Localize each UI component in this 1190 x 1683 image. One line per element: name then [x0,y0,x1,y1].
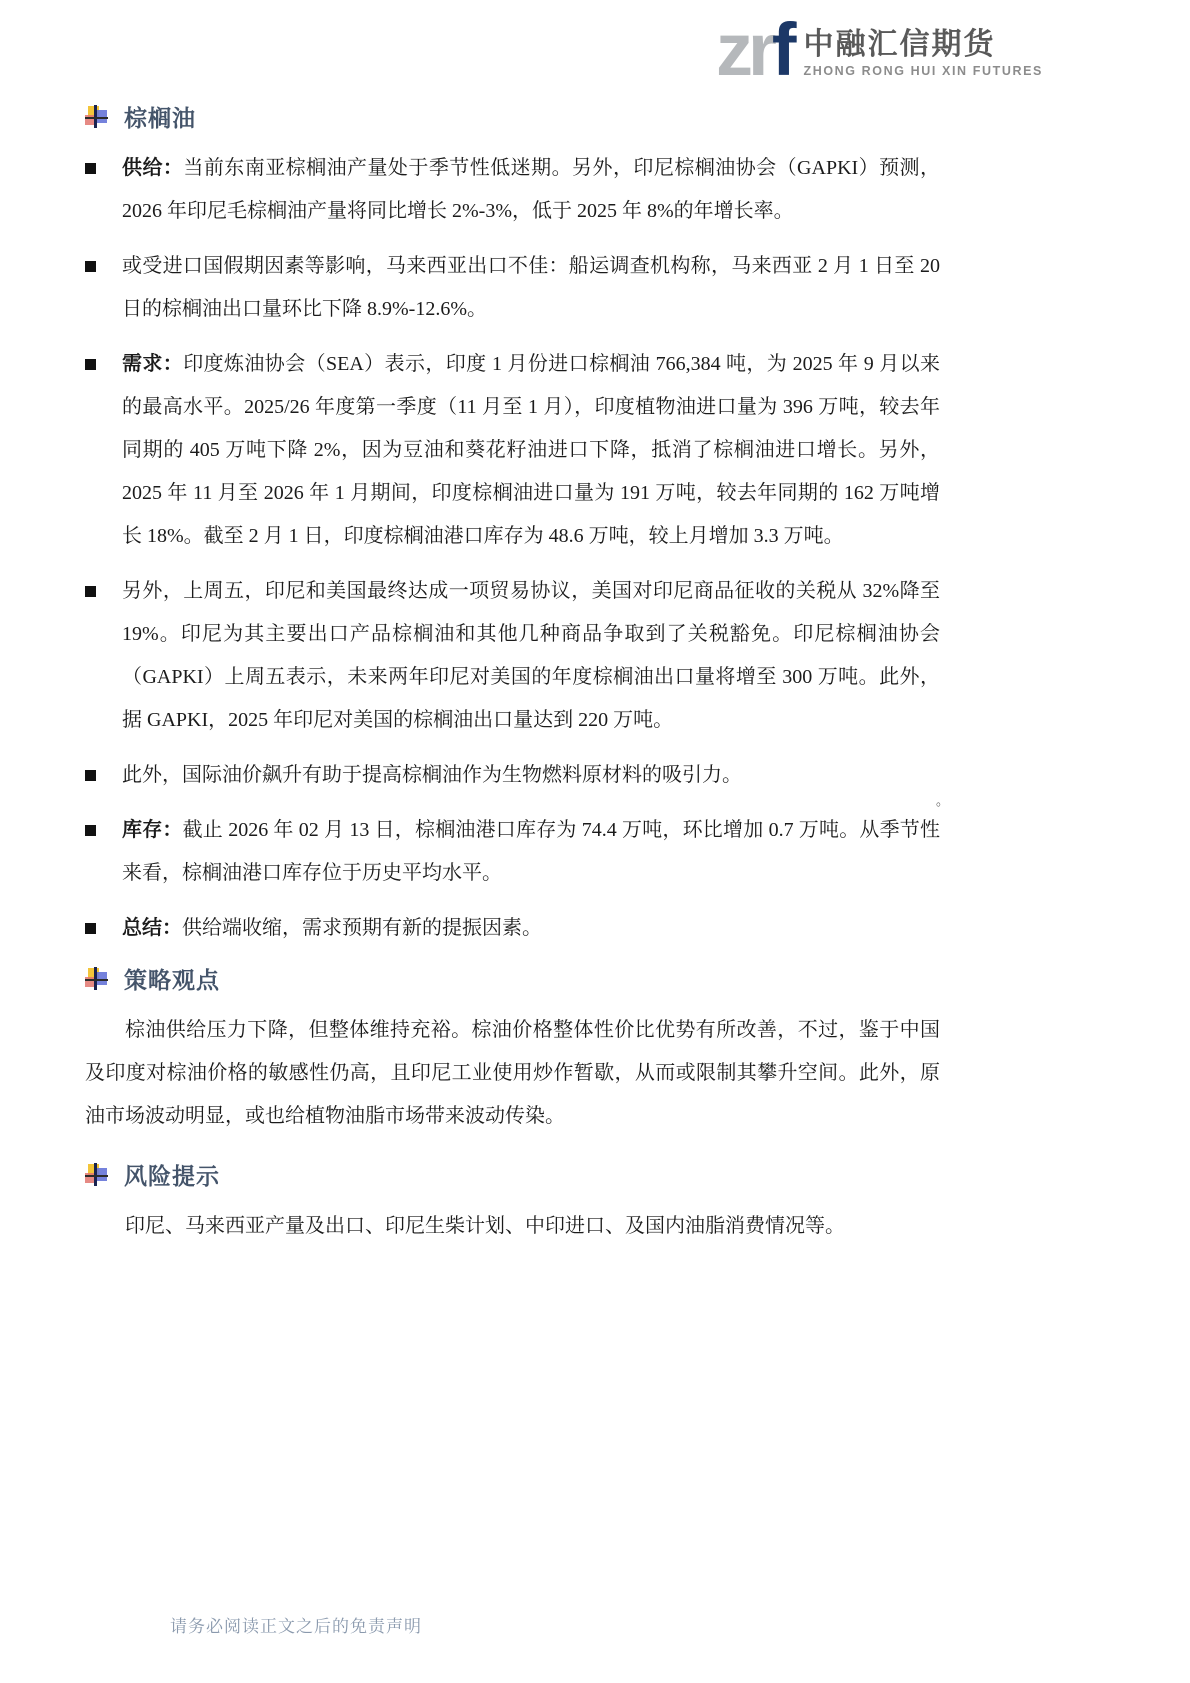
bullet-malaysia-exports: 或受进口国假期因素等影响，马来西亚出口不佳：船运调查机构称，马来西亚 2 月 1… [85,245,940,331]
bullet-lead: 库存： [122,819,183,841]
bullet-inventory: 库存：截止 2026 年 02 月 13 日，棕榈油港口库存为 74.4 万吨，… [85,809,940,895]
bullet-lead: 供给： [122,157,183,179]
cross-marker-icon [85,1163,108,1186]
square-bullet-icon [85,586,96,597]
bullet-lead: 需求： [122,353,183,375]
disclaimer-footer: 请务必阅读正文之后的免责声明 [170,1612,422,1637]
square-bullet-icon [85,825,96,836]
logo-wordmark: 中融汇信期货 ZHONG RONG HUI XIN FUTURES [803,29,1043,81]
section-title-strategy: 策略观点 [124,962,220,995]
section-heading-strategy: 策略观点 [85,962,940,995]
section-title-palm-oil: 棕榈油 [124,100,196,133]
bullet-text-block: 库存：截止 2026 年 02 月 13 日，棕榈油港口库存为 74.4 万吨，… [122,809,940,895]
square-bullet-icon [85,923,96,934]
bullet-text: 印度炼油协会（SEA）表示，印度 1 月份进口棕榈油 766,384 吨，为 2… [122,353,940,547]
bullet-text: 另外，上周五，印尼和美国最终达成一项贸易协议，美国对印尼商品征收的关税从 32%… [122,580,940,731]
icon-part-hbar [85,1175,108,1177]
bullet-text-block: 另外，上周五，印尼和美国最终达成一项贸易协议，美国对印尼商品征收的关税从 32%… [122,570,940,742]
bullet-text-block: 总结：供给端收缩，需求预期有新的提振因素。 [122,907,940,950]
icon-part-hbar [85,979,108,981]
section-title-risk: 风险提示 [124,1158,220,1191]
section-heading-palm-oil: 棕榈油 [85,100,940,133]
bullet-supply: 供给：当前东南亚棕榈油产量处于季节性低迷期。另外，印尼棕榈油协会（GAPKI）预… [85,147,940,233]
cross-marker-icon [85,105,108,128]
bullet-text: 当前东南亚棕榈油产量处于季节性低迷期。另外，印尼棕榈油协会（GAPKI）预测，2… [122,157,940,222]
company-logo: zrf 中融汇信期货 ZHONG RONG HUI XIN FUTURES [716,20,1043,81]
bullet-lead: 总结： [122,917,182,939]
bullet-oil-price: 此外，国际油价飙升有助于提高棕榈油作为生物燃料原材料的吸引力。 [85,754,940,797]
bullet-summary: 总结：供给端收缩，需求预期有新的提振因素。 [85,907,940,950]
icon-part-hbar [85,117,108,119]
bullet-text-block: 需求：印度炼油协会（SEA）表示，印度 1 月份进口棕榈油 766,384 吨，… [122,343,940,558]
report-page: zrf 中融汇信期货 ZHONG RONG HUI XIN FUTURES 棕榈… [0,0,1190,1683]
bullet-text-block: 或受进口国假期因素等影响，马来西亚出口不佳：船运调查机构称，马来西亚 2 月 1… [122,245,940,331]
logo-letters-zr: zr [716,8,772,91]
bullet-text: 供给端收缩，需求预期有新的提振因素。 [182,917,542,939]
company-name-cn: 中融汇信期货 [803,29,1043,61]
square-bullet-icon [85,770,96,781]
zrf-logo-mark: zrf [716,20,791,81]
cross-marker-icon [85,967,108,990]
square-bullet-icon [85,163,96,174]
company-name-en: ZHONG RONG HUI XIN FUTURES [803,64,1043,78]
strategy-paragraph: 棕油供给压力下降，但整体维持充裕。棕油价格整体性价比优势有所改善，不过，鉴于中国… [85,1009,940,1138]
bullet-text-block: 此外，国际油价飙升有助于提高棕榈油作为生物燃料原材料的吸引力。 [122,754,940,797]
report-body: 棕榈油 供给：当前东南亚棕榈油产量处于季节性低迷期。另外，印尼棕榈油协会（GAP… [85,100,940,1258]
logo-letter-f: f [772,8,792,91]
bullet-indonesia-us-trade: 另外，上周五，印尼和美国最终达成一项贸易协议，美国对印尼商品征收的关税从 32%… [85,570,940,742]
bullet-text: 此外，国际油价飙升有助于提高棕榈油作为生物燃料原材料的吸引力。 [122,764,742,786]
bullet-demand: 需求：印度炼油协会（SEA）表示，印度 1 月份进口棕榈油 766,384 吨，… [85,343,940,558]
section-heading-risk: 风险提示 [85,1158,940,1191]
bullet-text: 截止 2026 年 02 月 13 日，棕榈油港口库存为 74.4 万吨，环比增… [122,819,940,884]
bullet-text-block: 供给：当前东南亚棕榈油产量处于季节性低迷期。另外，印尼棕榈油协会（GAPKI）预… [122,147,940,233]
stray-mark: 。 [936,790,949,809]
risk-paragraph: 印尼、马来西亚产量及出口、印尼生柴计划、中印进口、及国内油脂消费情况等。 [85,1205,940,1248]
bullet-text: 或受进口国假期因素等影响，马来西亚出口不佳：船运调查机构称，马来西亚 2 月 1… [122,255,940,320]
square-bullet-icon [85,359,96,370]
square-bullet-icon [85,261,96,272]
